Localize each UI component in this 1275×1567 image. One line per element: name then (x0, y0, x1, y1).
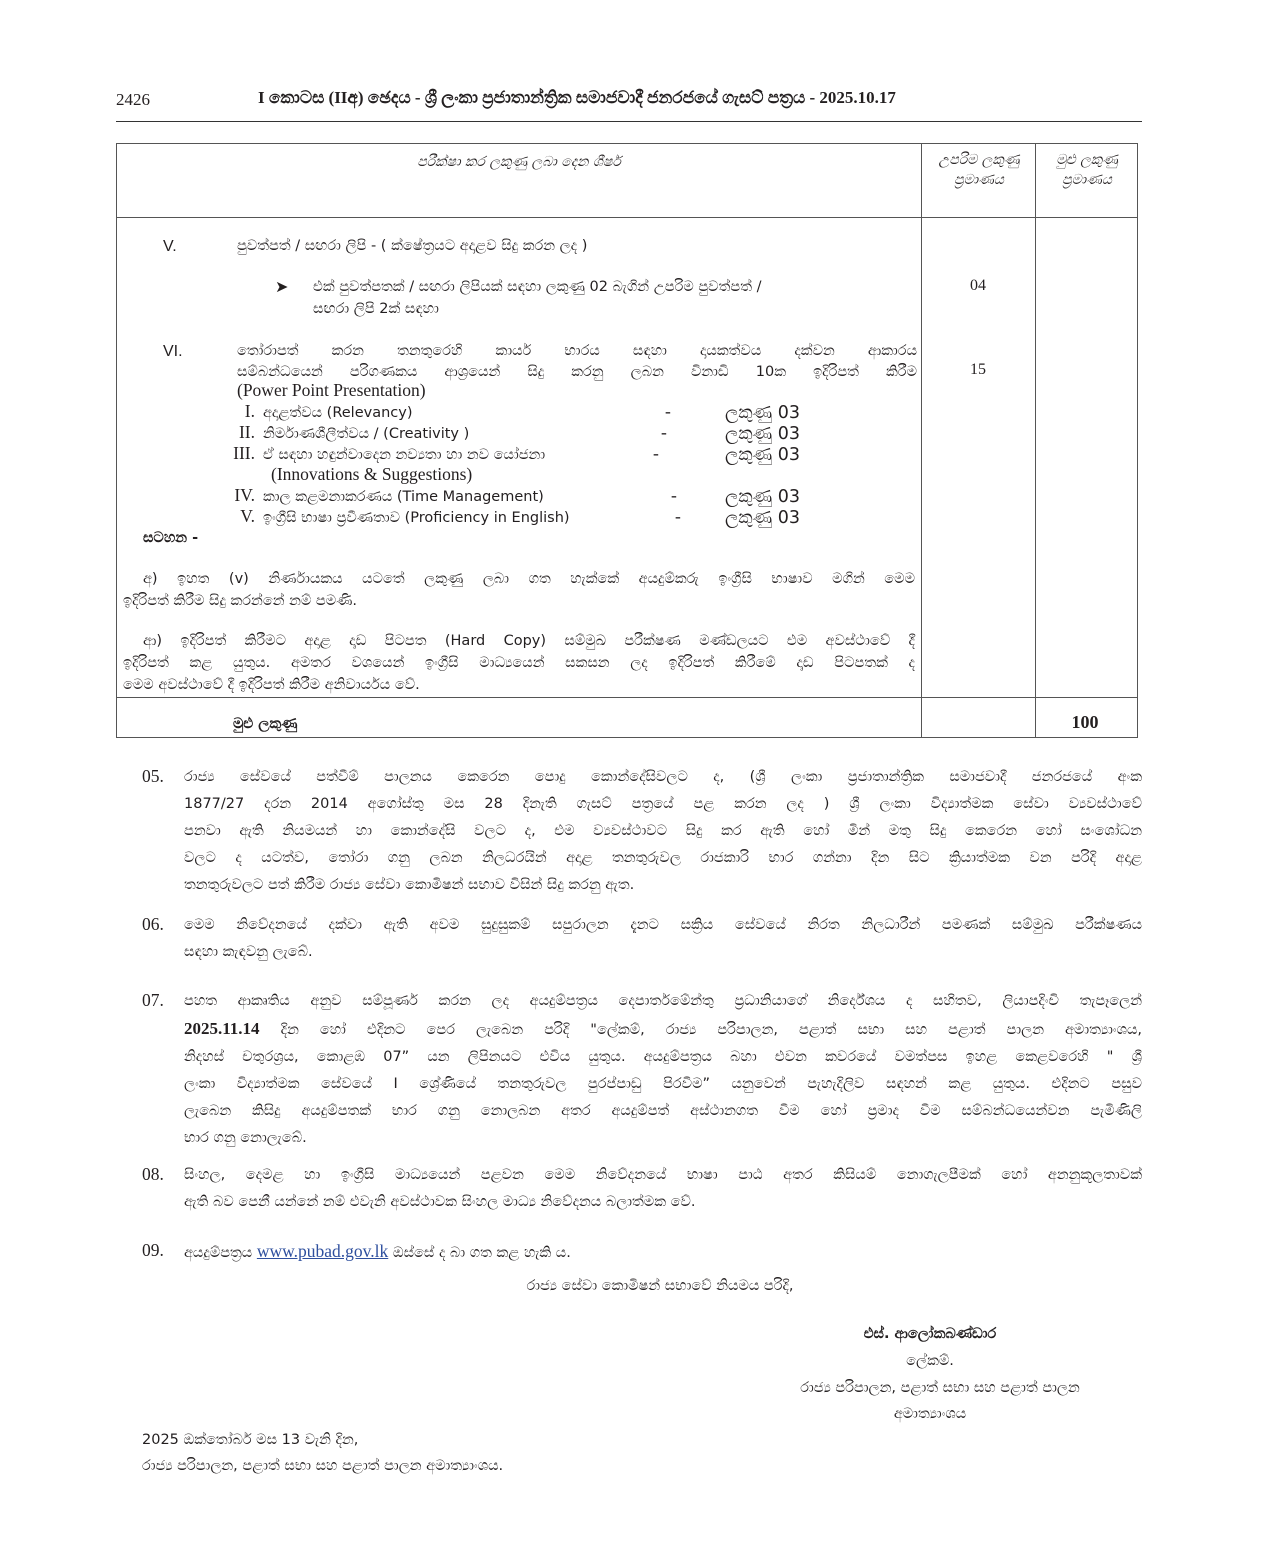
note-a-line2: ඉදිරිපත් කිරීම සිදු කරන්නේ නම් පමණි. (123, 591, 357, 612)
total-row-divider (117, 697, 1137, 698)
paragraph-line: භාර ගනු නොලැබේ. (184, 1125, 1142, 1152)
criterion-label: ඉංග්‍රීසි භාෂා ප්‍රවීණතාව (Proficiency i… (263, 510, 570, 526)
criterion-row: III.ඒ සඳහා හඳුන්වාදෙන නව්‍යතා හා නව යෝජන… (225, 443, 545, 466)
paragraph-09-prefix: අයදුම්පත්‍රය (184, 1245, 252, 1261)
paragraph-08: සිංහල, දෙමළ හා ඉංග්‍රීසි මාධ්‍යයෙන් පළවන… (184, 1162, 1142, 1216)
paragraph-number: 06. (142, 914, 164, 935)
paragraph-05: රාජ්‍ය සේවයේ පත්වීම් පාලනය කෙරෙන පොදු කො… (184, 764, 1142, 899)
note-b-line3: මෙම අවස්ථාවේ දී ඉදිරිපත් කිරීම අනිවාර්යය… (123, 675, 420, 696)
criterion-dash: - (671, 485, 677, 506)
section-v-bullet-line2: සඟරා ලිපි 2ක් සඳහා (313, 299, 439, 320)
header-divider (116, 121, 1142, 122)
page-number: 2426 (116, 90, 150, 110)
criterion-dash: - (661, 422, 667, 443)
pubad-website-link[interactable]: www.pubad.gov.lk (257, 1241, 388, 1261)
paragraph-line: වලට ද යටත්ව, තෝරා ගනු ලබන නිලධරයින් අදාළ… (184, 845, 1142, 872)
criterion-dash: - (665, 401, 671, 422)
criterion-row: V.ඉංග්‍රීසි භාෂා ප්‍රවීණතාව (Proficiency… (225, 506, 570, 529)
criterion-marks: ලකුණු 03 (725, 403, 800, 424)
criterion-row: I.අදාළත්වය (Relevancy) (225, 401, 413, 424)
section-v-numeral: V. (163, 236, 177, 257)
total-value: 100 (1035, 712, 1135, 733)
column-divider (921, 144, 922, 737)
criterion-marks: ලකුණු 03 (725, 424, 800, 445)
paragraph-line: පනවා ඇති නියමයන් හා කොන්දේසි වලට ද, එම ව… (184, 818, 1142, 845)
column-divider (1035, 144, 1036, 737)
paragraph-line: තනතුරුවලට පත් කිරීම රාජ්‍ය සේවා කොමිෂන් … (184, 872, 1142, 899)
paragraph-line: රාජ්‍ය සේවයේ පත්වීම් පාලනය කෙරෙන පොදු කො… (184, 764, 1142, 791)
paragraph-line: නිදහස් චතුරශ්‍රය, කොළඹ 07” යන ලිපිනයට එව… (184, 1044, 1142, 1071)
criterion-row: II.නිර්මාණශීලීත්වය / (Creativity ) (225, 422, 469, 445)
gazette-header-title: I කොටස (IIඅ) ඡෙදය - ශ්‍රී ලංකා ප්‍රජාතාන… (258, 88, 896, 108)
criterion-number: II. (225, 422, 255, 443)
paragraph-line: 2025.11.14 දින හෝ එදිනට පෙර ලැබෙන පරිදි … (184, 1015, 1142, 1044)
criterion-marks: ලකුණු 03 (725, 487, 800, 508)
marks-table: පරීක්ෂා කර ලකුණු ලබා දෙන ශීර්ෂ උපරිම ලකු… (116, 143, 1138, 738)
criterion-marks: ලකුණු 03 (725, 445, 800, 466)
column-header-max-marks: උපරිම ලකුණු ප්‍රමාණය (933, 150, 1025, 190)
paragraph-07: පහත ආකෘතිය අනුව සම්පූර්ණ කරන ලද අයදුම්පත… (184, 988, 1142, 1152)
section-vi-numeral: VI. (163, 341, 183, 362)
paragraph-number: 09. (142, 1240, 164, 1261)
paragraph-line: ඇති බව පෙනී යන්නේ නම් එවැනි අවස්ථාවක සිං… (184, 1189, 1142, 1216)
criterion-number: V. (225, 506, 255, 527)
criterion-number: III. (225, 443, 255, 464)
paragraph-number: 05. (142, 766, 164, 787)
paragraph-number: 07. (142, 990, 164, 1011)
signatory-title: ලේකම්. (830, 1353, 1030, 1369)
ministry-line2: අමාත්‍යාංශය (830, 1406, 1030, 1422)
criterion-label: කාල කළමනාකරණය (Time Management) (263, 489, 544, 505)
section-vi-max-marks: 15 (921, 361, 1035, 379)
paragraph-line-text: දින හෝ එදිනට පෙර ලැබෙන පරිදි "ලේකම්, රාජ… (281, 1022, 1142, 1038)
section-v-bullet-line1: එක් පුවත්පතක් / සඟරා ලිපියක් සඳහා ලකුණු … (313, 277, 913, 298)
header-row-divider (117, 217, 1137, 218)
paragraph-line: ලැබෙන කිසිදු අයදුම්පතක් භාර ගනු නොලබන අත… (184, 1098, 1142, 1125)
paragraph-line: 1877/27 දරන 2014 අගෝස්තු මස 28 දිනැති ගැ… (184, 791, 1142, 818)
application-deadline: 2025.11.14 (184, 1019, 260, 1038)
criterion-number: IV. (225, 485, 255, 506)
paragraph-number: 08. (142, 1164, 164, 1185)
section-v-title: පුවත්පත් / සඟරා ලිපි - ( ක්ෂේත්‍රයට අදාළ… (237, 236, 587, 257)
total-label: මුළු ලකුණු (233, 714, 297, 735)
criterion-label: ඒ සඳහා හඳුන්වාදෙන නව්‍යතා හා නව යෝජනා (263, 447, 545, 463)
criterion-label: නිර්මාණශීලීත්වය / (Creativity ) (263, 426, 469, 442)
note-b-line2: ඉදිරිපත් කළ යුතුය. අමතර වශයෙන් ඉංග්‍රීසි… (123, 653, 915, 674)
signatory-name: එස්. ආලෝකබණ්ඩාර (830, 1326, 1030, 1342)
issue-date: 2025 ඔක්තෝබර් මස 13 වැනි දින, (142, 1432, 358, 1448)
arrow-bullet-icon: ➤ (275, 277, 288, 298)
paragraph-line: සිංහල, දෙමළ හා ඉංග්‍රීසි මාධ්‍යයෙන් පළවන… (184, 1162, 1142, 1189)
criterion-number: I. (225, 401, 255, 422)
paragraph-line: මෙම නිවේදනයේ දක්වා ඇති අවම සුදුසුකම් සපු… (184, 912, 1142, 939)
issuing-office: රාජ්‍ය පරිපාලන, පළාත් සභා සහ පළාත් පාලන … (142, 1458, 503, 1474)
criterion-label-english: (Innovations & Suggestions) (271, 464, 472, 485)
criterion-dash: - (675, 506, 681, 527)
section-v-max-marks: 04 (921, 277, 1035, 295)
order-line: රාජ්‍ය සේවා කොමිෂන් සභාවේ නියමය පරිදි, (380, 1278, 940, 1294)
ministry-line1: රාජ්‍ය පරිපාලන, පළාත් සභා සහ පළාත් පාලන (740, 1380, 1140, 1396)
column-header-criteria: පරීක්ෂා කර ලකුණු ලබා දෙන ශීර්ෂ (117, 152, 921, 172)
paragraph-line: ලංකා විද්‍යාත්මක සේවයේ I ශ්‍රේණියේ තනතුර… (184, 1071, 1142, 1098)
paragraph-09: අයදුම්පත්‍රය www.pubad.gov.lk ඔස්සේ ද බා… (184, 1238, 1142, 1267)
section-vi-line3: (Power Point Presentation) (237, 380, 426, 401)
criterion-dash: - (653, 443, 659, 464)
note-a-line1: අ) ඉහත (v) නිර්ණායකය යටතේ ලකුණු ලබා ගත හ… (143, 569, 915, 590)
column-header-total-marks: මුළු ලකුණු ප්‍රමාණය (1047, 150, 1127, 190)
section-vi-line1: තෝරාපත් කරන තනතුරෙහි කාර්ය භාරය සඳහා දාය… (237, 341, 917, 362)
notes-heading: සටහන - (143, 528, 198, 549)
paragraph-line: පහත ආකෘතිය අනුව සම්පූර්ණ කරන ලද අයදුම්පත… (184, 988, 1142, 1015)
note-b-line1: ආ) ඉදිරිපත් කිරීමට අදාළ දෘඩ පිටපත (Hard … (143, 631, 915, 652)
paragraph-line: සඳහා කැඳවනු ලැබේ. (184, 939, 1142, 966)
criterion-marks: ලකුණු 03 (725, 508, 800, 529)
criterion-row: IV.කාල කළමනාකරණය (Time Management) (225, 485, 544, 508)
paragraph-09-suffix: ඔස්සේ ද බා ගත කළ හැකි ය. (393, 1245, 571, 1261)
criterion-label: අදාළත්වය (Relevancy) (263, 405, 413, 421)
paragraph-06: මෙම නිවේදනයේ දක්වා ඇති අවම සුදුසුකම් සපු… (184, 912, 1142, 966)
